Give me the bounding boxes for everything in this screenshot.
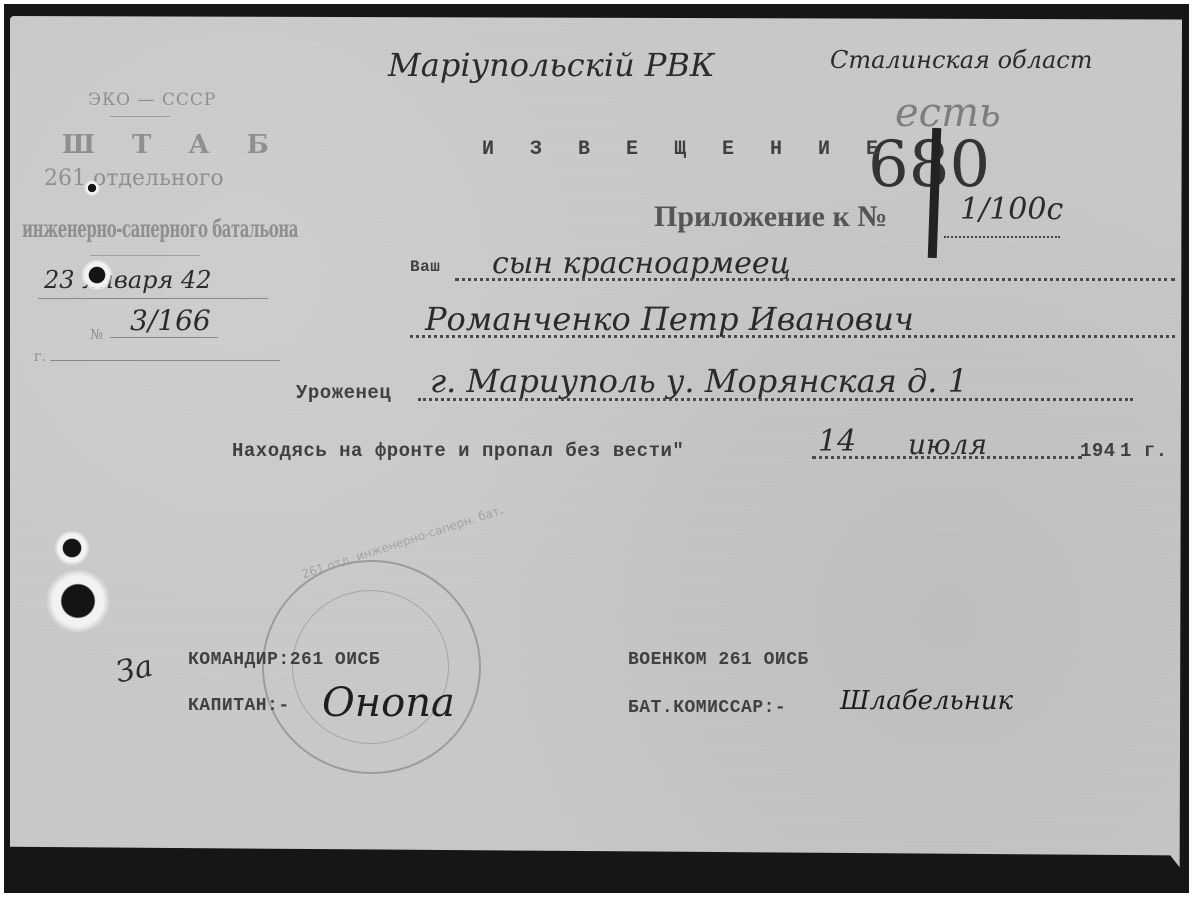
appendix-label: Приложение к № (654, 200, 887, 234)
appendix-number-handwritten: 1/100с (960, 192, 1063, 227)
stamp-underline-2 (90, 255, 200, 256)
stamp-date-handwritten: 23 января 42 (44, 266, 212, 294)
name-dotted-line (410, 335, 1175, 338)
birthplace-handwritten: г. Мариуполь у. Морянская д. 1 (430, 362, 968, 400)
stamp-line-battalion: инженерно-саперного батальона (22, 218, 298, 242)
city-line (50, 360, 280, 361)
commander-label: КОМАНДИР:261 ОИСБ (188, 650, 380, 670)
date-line (38, 298, 268, 299)
stamp-line-eko: ЭКО — СССР (88, 92, 216, 109)
commissar-rank: БАТ.КОМИССАР:- (628, 698, 786, 718)
date-dotted-line (812, 456, 1082, 459)
relation-handwritten: сын красноармеец (492, 246, 791, 281)
commander-signature: Онопа (322, 680, 455, 726)
missing-text: Находясь на фронте и пропал без вести" (232, 440, 684, 462)
header-rvk-handwritten: Марiупольскiй РВК (388, 46, 715, 84)
punch-hole-1 (54, 530, 90, 566)
year-suffix: 1 г. (1120, 440, 1168, 462)
stamp-number-prefix: № (90, 328, 103, 342)
name-handwritten: Романченко Петр Иванович (425, 300, 914, 338)
stamp-line-unit: 261 отдельного (44, 168, 224, 190)
number-line (110, 337, 218, 338)
year-typed: 194 (1080, 440, 1116, 462)
document-title: И З В Е Щ Е Н И Е (482, 138, 890, 161)
stamp-number-handwritten: 3/166 (130, 304, 211, 337)
za-handwritten: За (113, 649, 156, 691)
birthplace-dotted-line (418, 398, 1133, 401)
stamp-line-shtab: Ш Т А Б (62, 132, 283, 158)
commissar-unit: ВОЕНКОМ 261 ОИСБ (628, 650, 809, 670)
commissar-signature: Шлабельник (840, 686, 1013, 716)
punch-hole-2 (44, 570, 112, 632)
relation-dotted-line (455, 278, 1175, 281)
your-label: Ваш (410, 258, 440, 276)
stamp-city-prefix: г. (34, 350, 46, 364)
missing-day-handwritten: 14 (818, 424, 856, 459)
punch-hole-small-2 (84, 180, 100, 196)
stamp-underline (110, 116, 170, 117)
punch-hole-small-1 (80, 260, 114, 290)
commander-rank: КАПИТАН:- (188, 696, 290, 716)
appendix-underline (944, 236, 1060, 238)
header-oblast-handwritten: Сталинская област (830, 46, 1092, 74)
native-label: Уроженец (296, 382, 391, 404)
